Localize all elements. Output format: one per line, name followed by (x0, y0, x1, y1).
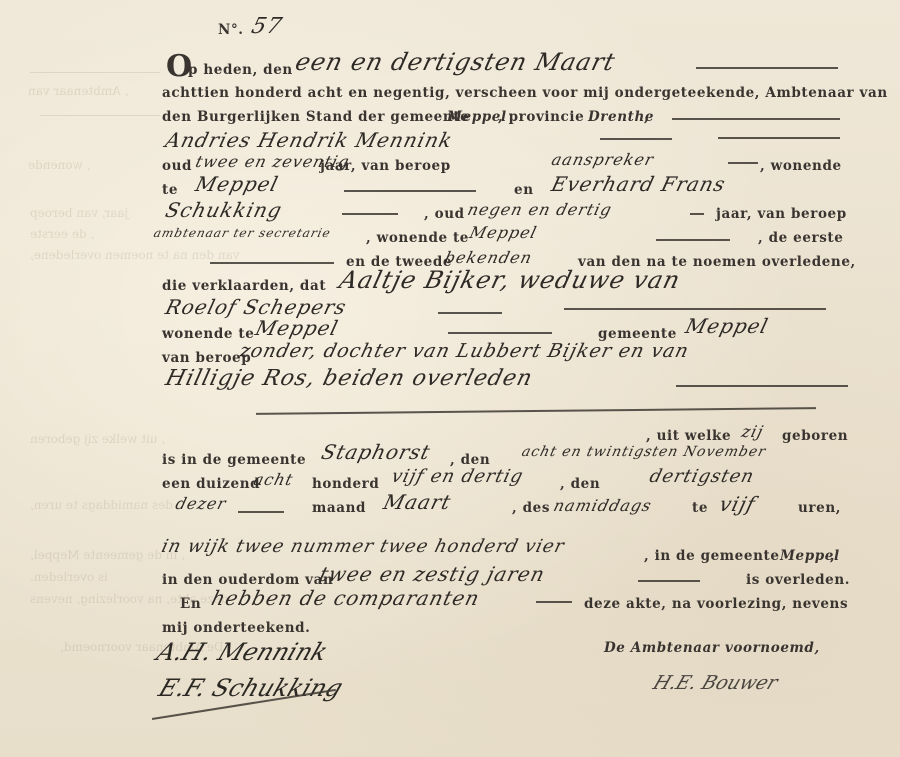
print-text: achttien honderd acht en negentig, versc… (162, 85, 888, 101)
handwritten-occupation-parents: zonder, dochter van Lubbert Bijker en va… (237, 340, 691, 362)
print-text: te (692, 500, 708, 516)
fill-line (638, 580, 700, 582)
print-text: , wonende te (366, 230, 469, 246)
handwritten-residence: Meppel (253, 316, 341, 340)
fill-line (210, 262, 334, 264)
handwritten-residence: Meppel (193, 172, 281, 196)
handwritten-residence: Meppel (468, 223, 540, 242)
bleed-through-rule (30, 72, 160, 73)
document-page: , Ambtenaar van , wonende jaar, van bero… (0, 0, 900, 757)
print-text: geboren (782, 428, 848, 444)
bleed-through-text: jaar, van beroep (30, 206, 128, 220)
print-text: maand (312, 500, 366, 516)
fill-line (344, 190, 476, 192)
handwritten-occupation: aanspreker (550, 150, 657, 169)
fill-line (690, 213, 704, 215)
handwritten-signatories: hebben de comparanten (209, 586, 482, 610)
fill-line (448, 332, 552, 334)
handwritten-month: Maart (381, 490, 454, 514)
handwritten-deceased-name: Aaltje Bijker, weduwe van (337, 266, 684, 294)
fill-line (656, 239, 730, 241)
handwritten-witness-role: bekenden (443, 248, 535, 267)
handwritten-age-at-death: twee en zestig jaren (317, 562, 548, 586)
handwritten-century: acht (252, 470, 296, 489)
print-text: En (180, 596, 201, 612)
handwritten-year: vijf en dertig (389, 466, 525, 487)
print-text: p heden, den (188, 62, 293, 78)
bleed-through-text: is overleden. (30, 570, 108, 584)
print-text: deze akte, na voorlezing, nevens (584, 596, 848, 612)
fill-line (438, 312, 502, 314)
print-text: wonende te (162, 326, 254, 342)
fill-line (238, 511, 284, 513)
bleed-through-text: , de eerste (30, 227, 94, 241)
handwritten-age: negen en dertig (466, 200, 615, 219)
print-text: , uit welke (646, 428, 731, 444)
print-text: mij onderteekend. (162, 620, 310, 636)
print-text: jaar, van beroep (716, 206, 847, 222)
fill-line (256, 407, 816, 414)
print-text: die verklaarden, dat (162, 278, 326, 294)
bleed-through-text: , wonende (28, 158, 90, 172)
bleed-through-text: , uit welke zij geboren (30, 432, 165, 446)
fill-line (536, 601, 572, 603)
handwritten-this-month: dezer (174, 494, 229, 513)
signature-witness-2: E.F. Schukking (155, 674, 347, 702)
fill-line (342, 213, 398, 215)
fill-line (718, 137, 840, 139)
handwritten-pronoun: zij (740, 422, 766, 441)
bleed-through-text: , Ambtenaar van (28, 84, 129, 98)
print-text: honderd (312, 476, 379, 492)
print-text: , in de gemeente (644, 548, 780, 564)
fill-line (600, 138, 672, 140)
fill-line (564, 308, 826, 310)
handwritten-municipality: Meppel (683, 314, 771, 338)
fill-line (728, 162, 758, 164)
handwritten-hour: vijf (717, 492, 758, 516)
handwritten-surname: Schukking (163, 198, 285, 222)
handwritten-address: in wijk twee nummer twee honderd vier (159, 536, 567, 557)
print-text: , (644, 109, 649, 125)
print-text: , des (512, 500, 550, 516)
print-text: te (162, 182, 178, 198)
print-text: , wonende (760, 158, 842, 174)
print-text: , (830, 548, 835, 564)
print-text: , den (560, 476, 600, 492)
print-text: den Burgerlijken Stand der gemeente (162, 109, 469, 125)
print-text: is overleden. (746, 572, 850, 588)
handwritten-death-day: dertigsten (647, 466, 756, 487)
official-title: De Ambtenaar voornoemd, (604, 640, 820, 656)
fill-line (672, 118, 840, 120)
bleed-through-text: , des namiddags te uren, (30, 498, 181, 512)
print-text: , provincie (498, 109, 584, 125)
handwritten-occupation: ambtenaar ter secretarie (152, 226, 332, 240)
handwritten-declarant-1: Andries Hendrik Mennink (163, 128, 455, 152)
print-text: een duizend (162, 476, 260, 492)
handwritten-birthplace: Staphorst (319, 440, 433, 464)
print-text: , de eerste (758, 230, 843, 246)
print-text: oud (162, 158, 192, 174)
signature-witness-1: A.H. Mennink (153, 638, 332, 666)
print-text: , oud (424, 206, 465, 222)
fill-line (696, 67, 838, 69)
handwritten-birthdate: acht en twintigsten November (520, 444, 768, 460)
fill-line (676, 385, 848, 387)
bleed-through-rule (40, 115, 160, 116)
handwritten-date: een en dertigsten Maart (293, 48, 619, 76)
print-text: uren, (798, 500, 841, 516)
handwritten-time-of-day: namiddags (552, 496, 654, 515)
print-text: is in de gemeente (162, 452, 306, 468)
record-number: 57 (249, 14, 285, 39)
bleed-through-text: van den na te noemen overledene, (30, 248, 240, 262)
record-number-label: N°. (218, 22, 244, 38)
handwritten-mother-name: Hilligje Ros, beiden overleden (163, 366, 536, 391)
signature-official: H.E. Bouwer (650, 672, 781, 694)
print-text: en (514, 182, 534, 198)
print-text: jaar, van beroep (320, 158, 451, 174)
handwritten-declarant-2: Everhard Frans (549, 172, 728, 196)
